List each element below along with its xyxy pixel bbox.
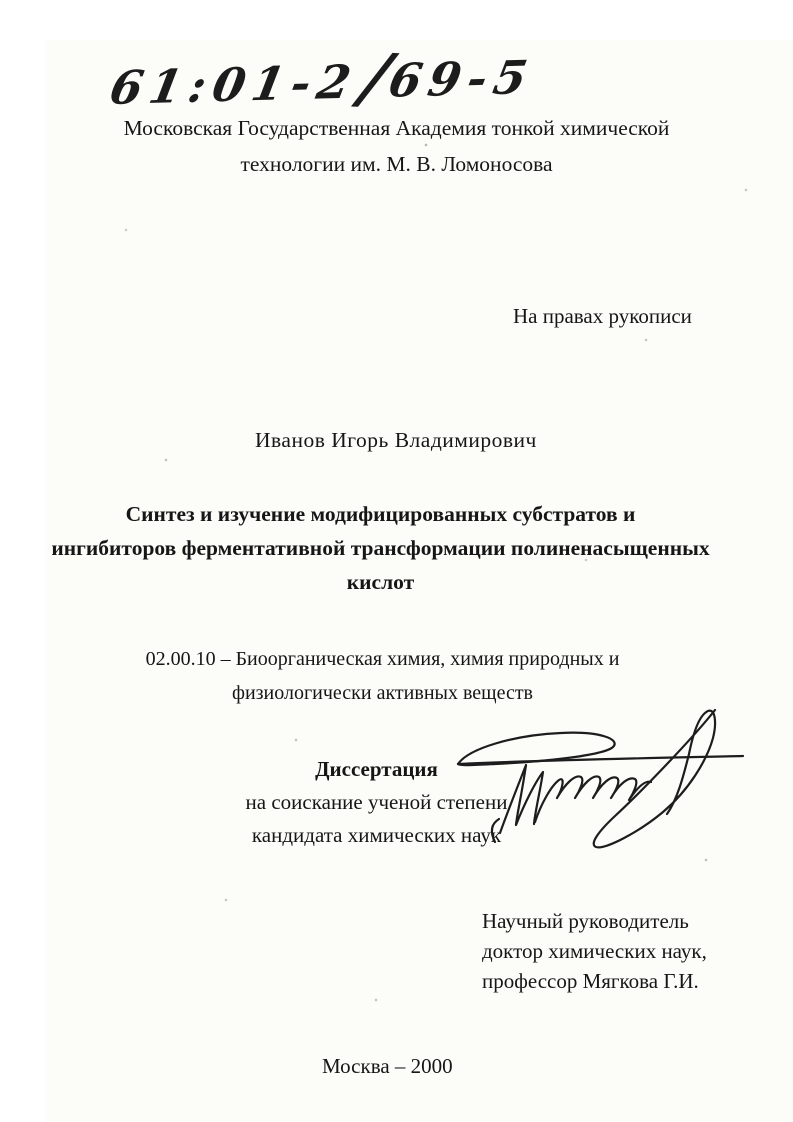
dissertation-title: Синтез и изучение модифицированных субст… [0, 497, 777, 599]
dissertation-title-page: 61:01-2/69-5 Московская Государственная … [0, 0, 793, 1122]
specialty-line-1: 02.00.10 – Биоорганическая химия, химия … [0, 642, 779, 676]
supervisor-signature [443, 698, 750, 866]
institution-name: Московская Государственная Академия тонк… [0, 110, 793, 182]
title-line-3: кислот [0, 565, 777, 599]
institution-line-1: Московская Государственная Академия тонк… [0, 110, 793, 146]
supervisor-degree: доктор химических наук, [482, 936, 707, 966]
supervisor-block: Научный руководитель доктор химических н… [482, 906, 707, 996]
title-line-1: Синтез и изучение модифицированных субст… [0, 497, 777, 531]
signature-initials-stroke [500, 765, 543, 833]
catalog-number-handwritten: 61:01-2/69-5 [106, 37, 541, 115]
catalog-number-part1: 61:01-2 [106, 55, 362, 115]
institution-line-2: технологии им. М. В. Ломоносова [0, 146, 793, 182]
supervisor-role: Научный руководитель [482, 906, 707, 936]
signature-rule-stroke [458, 756, 743, 764]
catalog-number-part2: 69-5 [384, 50, 538, 108]
city-and-year: Москва – 2000 [322, 1053, 453, 1079]
supervisor-name: профессор Мягкова Г.И. [482, 966, 707, 996]
title-line-2: ингибиторов ферментативной трансформации… [0, 531, 777, 565]
manuscript-rights-note: На правах рукописи [513, 303, 692, 329]
signature-tick-stroke [492, 819, 499, 842]
author-name: Иванов Игорь Владимирович [255, 427, 537, 453]
